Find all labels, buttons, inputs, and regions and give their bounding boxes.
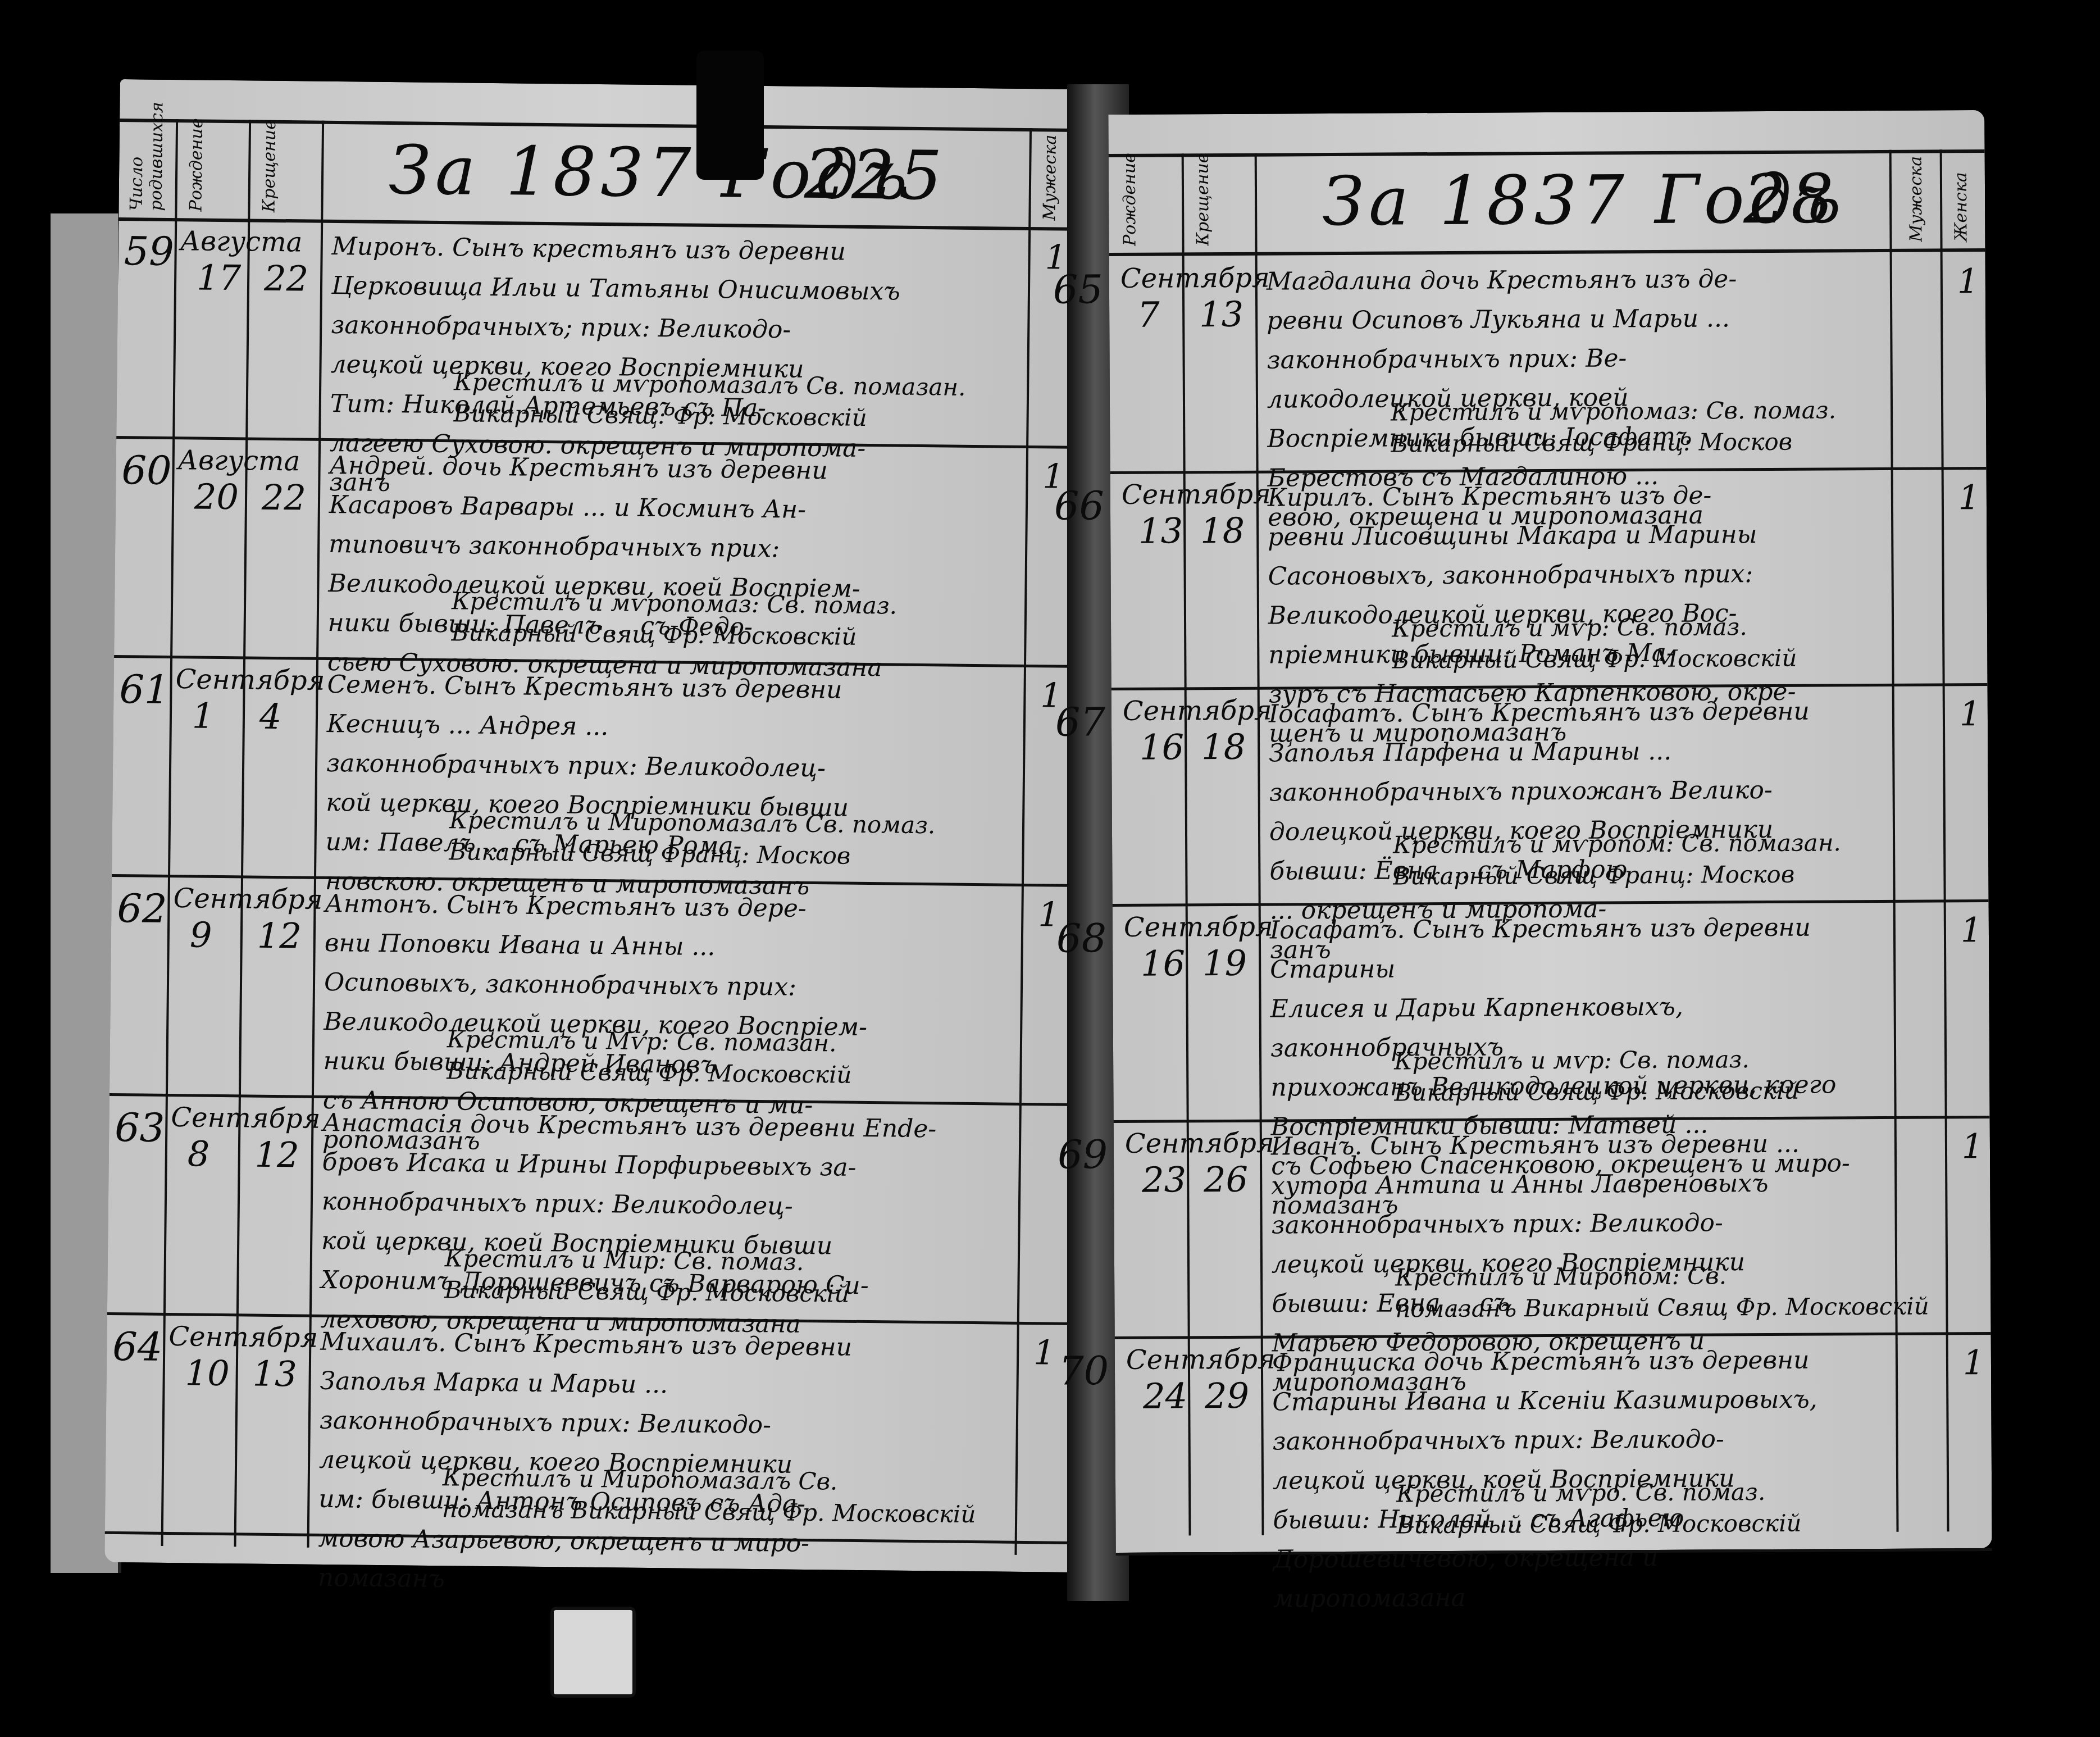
register-entry: 69Сентября2326Иванъ. Сынъ Крестьянъ изъ … [1114,1116,1991,1339]
register-entry: 67Сентября1618Іосафатъ. Сынъ Крестьянъ и… [1112,683,1989,907]
entry-birth-day: 16 [1140,726,1184,767]
entry-baptism-day: 18 [1201,726,1246,767]
entry-sex-count: 1 [1962,1127,1984,1166]
left-header-row: Число родившихся Рождение Крещение За 18… [119,119,1091,231]
entry-birth-day: 8 [187,1133,209,1174]
register-entry: 59Августа1722Миронъ. Сынъ крестьянъ изъ … [116,217,1090,449]
right-page: Рождение Крещение За 1837 Годъ 28 Мужеск… [1108,110,1992,1553]
col-header-born: Рождение [186,127,207,211]
entry-baptism-day: 13 [252,1353,297,1395]
entry-sex-count: 1 [1033,1333,1055,1372]
entry-month: Сентября [175,663,325,697]
register-entry: 61Сентября14Семенъ. Сынъ Крестьянъ изъ д… [112,655,1086,887]
entry-number: 66 [1054,483,1105,529]
entry-number: 63 [115,1104,165,1151]
entry-signature: Крестилъ и Мѵр: Св. помазан. Викарный Св… [447,1024,852,1091]
entry-sex-count: 1 [1960,694,1981,734]
register-entry: 64Сентября1013Михаилъ. Сынъ Крестьянъ из… [105,1312,1079,1544]
entry-signature: Крестилъ и мѵропомазалъ Св. помазан. Вик… [453,366,965,435]
entry-signature: Крестилъ и Миропом: Св. помазанъ Викарны… [1395,1259,1929,1325]
entry-sex-count: 1 [1958,478,1980,517]
entry-birth-day: 7 [1137,294,1160,335]
entry-baptism-day: 22 [264,258,309,299]
entry-signature: Крестилъ и мѵропомаз: Св. помаз. Викарны… [451,585,897,653]
entry-text: Андрей. дочь Крестьянъ изъ деревни Касар… [327,446,1021,689]
entry-text: Анастасія дочь Крестьянъ изъ деревни End… [320,1103,1013,1347]
entry-signature: Крестилъ и мѵропом: Св. помазан. Викарны… [1393,827,1841,892]
entry-number: 60 [121,447,172,494]
entry-birth-day: 17 [197,257,242,298]
entry-birth-day: 1 [192,695,215,736]
entry-number: 67 [1055,699,1106,745]
register-entry: 65Сентября713Магдалина дочь Крестьянъ из… [1109,251,1987,474]
entry-number: 61 [119,666,170,713]
entry-number: 59 [124,228,174,275]
entry-baptism-day: 4 [259,696,282,737]
entry-birth-day: 9 [190,914,212,955]
entry-baptism-day: 18 [1200,510,1245,551]
entry-baptism-day: 13 [1199,294,1243,335]
entry-signature: Крестилъ и Мир: Св. помаз. Викарный Свящ… [444,1243,850,1310]
col-header-male: Мужеска [1040,136,1060,220]
entry-month: Сентября [173,883,322,916]
entry-number: 64 [112,1324,163,1370]
entry-birth-day: 16 [1141,943,1185,984]
col-header-number: Число родившихся [126,126,167,211]
entry-baptism-day: 22 [262,477,307,519]
entry-baptism-day: 29 [1205,1375,1249,1416]
page-number: 225 [804,136,946,216]
register-entry: 62Сентября912Антонъ. Сынъ Крестьянъ изъ … [110,874,1083,1106]
entry-number: 68 [1056,915,1107,961]
entry-month: Сентября [1120,262,1270,294]
entry-baptism-day: 12 [254,1134,299,1176]
entry-baptism-day: 12 [257,915,302,957]
entry-month: Сентября [171,1102,320,1135]
entry-signature: Крестилъ и мѵропомаз: Св. помаз. Викарны… [1391,394,1837,460]
entry-signature: Крестилъ и Миропомазалъ Св. помаз. Викар… [449,804,935,872]
binding-clip-bottom [550,1607,636,1698]
entry-signature: Крестилъ и мѵро. Св. помаз. Викарный Свя… [1396,1476,1802,1542]
page-number: 28 [1743,160,1838,239]
entry-sex-count: 1 [1963,1343,1985,1383]
entry-month: Сентября [1123,695,1272,727]
register-entry: 68Сентября1619Іосафатъ. Сынъ Крестьянъ и… [1113,899,1990,1123]
binding-clip [696,51,764,180]
entry-number: 69 [1058,1131,1108,1177]
register-entry: 60Августа2022Андрей. дочь Крестьянъ изъ … [114,436,1088,668]
entry-baptism-day: 19 [1202,943,1247,984]
entry-number: 70 [1059,1348,1109,1394]
register-entry: 63Сентября812Анастасія дочь Крестьянъ из… [107,1093,1081,1325]
entry-signature: Крестилъ и мѵр: Св. помаз. Викарный Свящ… [1392,611,1797,676]
entry-month: Сентября [1122,479,1271,511]
right-header-row: Рождение Крещение За 1837 Годъ 28 Мужеск… [1109,149,1985,256]
entry-month: Августа [180,225,303,258]
entry-month: Сентября [168,1321,318,1354]
entry-birth-day: 24 [1143,1375,1187,1416]
register-entry: 66Сентября1318Кирилъ. Сынъ Крестьянъ изъ… [1110,467,1988,690]
entry-month: Сентября [1125,1127,1274,1159]
entry-sex-count: 1 [1957,262,1979,301]
entry-number: 65 [1053,266,1104,312]
entry-text: Михаилъ. Сынъ Крестьянъ изъ деревни Запо… [318,1322,1012,1605]
entry-signature: Крестилъ и мѵр: Св. помаз. Викарный Свящ… [1394,1044,1800,1109]
col-header-baptized: Крещение [1193,161,1213,245]
entry-sex-count: 1 [1961,911,1983,950]
left-page: Число родившихся Рождение Крещение За 18… [104,79,1092,1572]
entry-month: Сентября [1126,1344,1276,1376]
entry-number: 62 [117,885,167,932]
entry-birth-day: 20 [194,476,239,517]
col-header-baptized: Крещение [259,128,280,212]
entry-month: Сентября [1124,911,1273,943]
col-header-female: Женска [1951,157,1971,242]
entry-baptism-day: 26 [1204,1159,1248,1200]
col-header-male: Мужеска [1906,157,1926,242]
entry-birth-day: 13 [1138,510,1183,551]
entry-signature: Крестилъ и Миропомазалъ Св. помазанъ Вик… [442,1462,976,1530]
entry-month: Августа [177,444,300,477]
entry-birth-day: 23 [1142,1159,1186,1200]
entry-birth-day: 10 [185,1352,230,1394]
col-header-born: Рождение [1120,162,1140,246]
register-entry: 70Сентября2429Франциска дочь Крестьянъ и… [1115,1332,1992,1556]
